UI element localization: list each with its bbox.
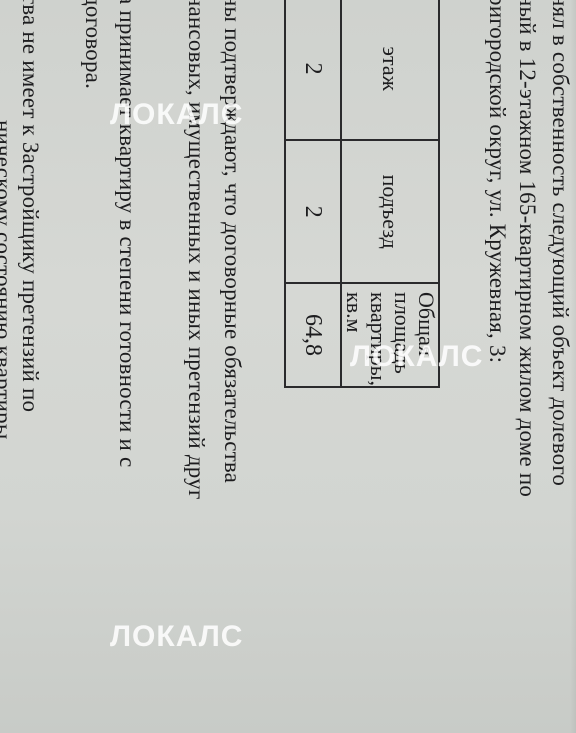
- body-line-4: а принимает квартиру в степени готовност…: [114, 0, 140, 467]
- watermark-3: ЛОКАЛС: [110, 620, 243, 654]
- intro-line-2: ный в 12-этажном 165-квартирном жилом до…: [514, 0, 540, 497]
- body-line-5: договора.: [80, 0, 106, 89]
- header-entrance: подъезд: [341, 140, 439, 283]
- watermark-1: ЛОКАЛС: [110, 98, 243, 132]
- header-floor: этаж: [341, 0, 439, 140]
- body-line-7: тва не имеет к Застройщику претензий по: [17, 0, 43, 412]
- apartment-table: этаж подъезд Общая площадь квартиры, кв.…: [284, 0, 440, 388]
- body-line-1: ны подтверждают, что договорные обязател…: [219, 0, 245, 483]
- watermark-2: ЛОКАЛС: [350, 340, 483, 374]
- value-floor: 2: [285, 0, 341, 140]
- value-area: 64,8: [285, 283, 341, 387]
- value-entrance: 2: [285, 140, 341, 283]
- intro-line-3: ригородской округ, ул. Кружевная, 3:: [484, 0, 510, 363]
- body-line-2: нансовых, имущественных и иных претензий…: [183, 0, 209, 499]
- body-line-8: ническому состоянию квартиры,: [0, 120, 16, 445]
- intro-line-1: нял в собственность следующий объект дол…: [547, 0, 573, 486]
- document-photo: нял в собственность следующий объект дол…: [0, 0, 576, 733]
